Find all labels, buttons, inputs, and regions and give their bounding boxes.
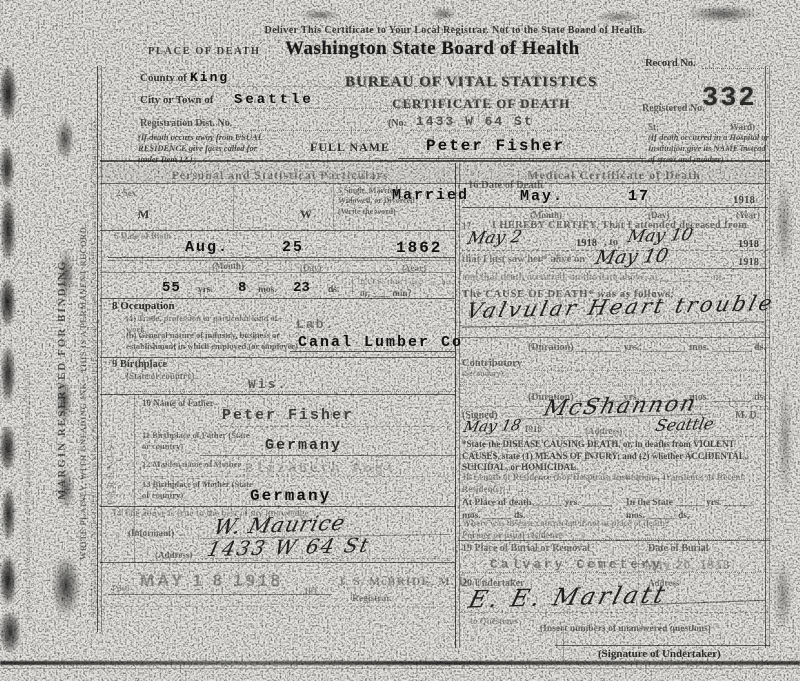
record-no-label: Record No. xyxy=(645,58,696,69)
ink-smudge xyxy=(1,346,15,402)
rule-line xyxy=(97,66,98,632)
birthplace-value: Wis. xyxy=(248,377,287,392)
county-label: County of xyxy=(140,72,187,84)
ink-smudge xyxy=(776,180,792,270)
length-of-residence-label: 18 Length of Residence (For Hospitals, I… xyxy=(462,472,762,495)
contributory-secondary-label: (Secondary) xyxy=(462,369,503,378)
attended-to-year: 1918 xyxy=(738,239,759,250)
signature-city: Seattle xyxy=(654,414,716,435)
rule-line xyxy=(108,260,455,261)
ink-smudge xyxy=(0,612,20,652)
last-saw-label: that I last saw her* alive on xyxy=(462,254,585,265)
ink-smudge xyxy=(596,12,642,22)
age-ds-label: ds. xyxy=(328,285,339,295)
registrar-name: J. S. McBRIDE, M. D. xyxy=(338,574,472,589)
color-race-value: W xyxy=(300,207,312,222)
full-name-value: Peter Fisher xyxy=(426,137,565,155)
sex-label: 2 Sex xyxy=(116,188,136,198)
burial-date-value: May 20, 1918 xyxy=(645,558,730,572)
dod-year-caption: (Year) xyxy=(736,210,760,220)
county-value: King xyxy=(190,70,229,85)
attended-from-date: May 2 xyxy=(466,227,524,249)
father-birthplace-value: Germany xyxy=(265,437,342,454)
margin-binding-note: MARGIN RESERVED FOR BINDING xyxy=(56,260,68,500)
undertaker-signature-caption: (Signature of Undertaker) xyxy=(598,648,721,660)
ink-smudge xyxy=(56,118,74,160)
dod-month-value: May. xyxy=(520,188,564,205)
scan-edge-band xyxy=(0,661,800,665)
unanswered-questions-note: (Insert numbers of unanswered questions) xyxy=(540,624,711,634)
scan-edge-line xyxy=(0,668,800,669)
father-name-label: 10 Name of Father xyxy=(142,398,214,410)
signature-year: 1918 xyxy=(524,424,542,434)
blank-line xyxy=(250,130,382,131)
rule-line xyxy=(233,185,234,230)
place-of-death-label: PLACE OF DEATH xyxy=(148,46,261,57)
rule-line xyxy=(460,436,768,437)
rule-line xyxy=(100,606,455,607)
informant-label: (Informant) xyxy=(128,528,174,538)
place-of-burial-label: 19 Place of Burial or Removal xyxy=(462,543,590,554)
dob-day-value: 25 xyxy=(282,239,304,256)
rule-line xyxy=(100,394,455,395)
blank-line xyxy=(702,68,768,69)
duration-line-primary: (Duration) _________ yrs. _________ mos.… xyxy=(528,342,766,353)
bureau-title: BUREAU OF VITAL STATISTICS xyxy=(345,74,597,91)
marital-status-value: Married xyxy=(392,187,469,204)
ink-smudge xyxy=(1,198,15,260)
contributory-label: Contributory xyxy=(462,358,522,369)
rule-line xyxy=(100,298,455,299)
father-name-value: Peter Fisher xyxy=(222,407,354,424)
rule-line xyxy=(108,594,332,595)
board-title: Washington State Board of Health xyxy=(285,38,580,60)
ink-smudge xyxy=(0,66,16,120)
rule-line xyxy=(200,455,455,456)
rule-line xyxy=(100,357,455,358)
margin-note-outer: Every item of information should be care… xyxy=(24,62,32,618)
father-birthplace-label: 11 Birthplace of Father (State or countr… xyxy=(142,430,254,452)
rule-line xyxy=(100,506,455,507)
rule-line xyxy=(100,183,770,184)
informant-address-label: (Address) xyxy=(155,550,192,560)
mother-maiden-name-label: 12 Maiden name of Mother xyxy=(142,459,242,470)
blank-line xyxy=(135,476,455,477)
deliver-notice: Deliver This Certificate to Your Local R… xyxy=(215,25,695,36)
rule-line xyxy=(101,66,102,632)
ink-smudge xyxy=(0,556,16,604)
blank-line xyxy=(130,391,455,392)
sex-value: M xyxy=(138,207,149,222)
answers-to-questions-label: to Questions xyxy=(470,616,518,626)
dob-month-value: Aug. xyxy=(185,239,229,256)
full-name-label: FULL NAME xyxy=(310,140,390,155)
house-no-label: (No. xyxy=(388,118,406,129)
blank-line xyxy=(462,572,768,573)
blank-line xyxy=(555,645,770,646)
parents-gutter-label: PARENTS xyxy=(106,443,116,505)
registered-no-label: Registered No. xyxy=(642,103,705,114)
filed-label: Filed xyxy=(112,584,129,593)
margin-permanent-record-note: WRITE PLAINLY, WITH UNFADING INK—THIS IS… xyxy=(78,224,88,560)
blank-line xyxy=(398,158,646,159)
death-certificate-scan: Every item of information should be care… xyxy=(0,0,800,681)
age-days-value: 23 xyxy=(293,280,310,296)
attended-to-date: May 10 xyxy=(626,225,695,247)
rule-line xyxy=(100,160,770,162)
cause-footnote: *State the DISEASE CAUSING DEATH, or, in… xyxy=(462,439,764,474)
last-saw-year: 1918 xyxy=(738,257,759,268)
ink-smudge xyxy=(0,426,15,470)
ink-smudge xyxy=(2,488,15,540)
rule-line xyxy=(100,272,455,273)
rule-line xyxy=(108,257,455,258)
age-or-min-note: or, ____ min? xyxy=(360,288,412,298)
mother-birthplace-label: 13 Birthplace of Mother (State or countr… xyxy=(142,479,254,501)
date-of-burial-label: Date of Burial xyxy=(648,543,709,554)
blank-line xyxy=(215,426,450,427)
occupation-label: 8 Occupation xyxy=(112,300,175,312)
rule-line xyxy=(458,337,770,338)
former-residence-label: Former or usual residence xyxy=(462,530,563,540)
birthplace-label: 9 Birthplace xyxy=(112,359,167,370)
age-mos-label: mos. xyxy=(258,285,277,295)
ward-label: Ward) xyxy=(730,122,755,132)
age-years-value: 55 xyxy=(162,280,181,296)
personal-section-title: Personal and Statistical Particulars xyxy=(110,168,450,183)
ink-smudge xyxy=(0,278,15,326)
burial-place-value: Calvary Cemetery xyxy=(490,557,663,572)
ink-smudge xyxy=(0,146,14,190)
certificate-title: CERTIFICATE OF DEATH xyxy=(392,96,570,112)
last-saw-date: May 10 xyxy=(593,245,670,269)
dob-year-value: 1862 xyxy=(396,239,442,257)
ink-smudge xyxy=(774,560,792,630)
rule-line xyxy=(462,207,768,208)
attended-from-year: 1918 xyxy=(576,238,597,249)
ink-smudge xyxy=(688,6,758,22)
registrar-label: Registrar. xyxy=(352,594,392,604)
city-value: Seattle xyxy=(234,92,314,108)
signature-date: May 18 xyxy=(462,416,523,436)
dod-day-caption: (Day) xyxy=(648,210,670,220)
ink-smudge xyxy=(300,10,340,20)
undertaker-signature: E. E. Marlatt xyxy=(466,580,671,613)
age-months-value: 8 xyxy=(238,280,246,296)
rule-line xyxy=(290,351,455,352)
rule-line xyxy=(100,562,455,563)
mother-maiden-name-value: Elizabeth Fogl xyxy=(245,461,396,476)
dob-label: 6 Date of Birth xyxy=(114,231,171,241)
age-yrs-label: yrs. xyxy=(198,285,213,295)
city-label: City or Town of xyxy=(140,94,213,106)
blank-line xyxy=(462,321,764,327)
birthplace-state-caption: (State or country) xyxy=(126,371,194,381)
informant-address-handwritten: 1433 W 64 St xyxy=(205,533,373,561)
dod-day-value: 17 xyxy=(628,188,650,205)
blank-line xyxy=(550,268,768,269)
filed-date-stamp: MAY 1 8 1918 xyxy=(140,571,283,591)
blank-line xyxy=(200,558,450,559)
rule-line xyxy=(458,540,770,541)
rule-line xyxy=(333,185,334,230)
registration-dist-label: Registration Dist. No. xyxy=(140,118,232,129)
blank-line xyxy=(534,370,764,371)
ink-smudge xyxy=(778,380,792,500)
rule-line xyxy=(352,278,353,294)
death-occurred-line: and that death occurred, on the date abo… xyxy=(462,272,724,283)
occupation-b-value: Canal Lumber Co xyxy=(298,334,463,351)
dob-month-caption: (Month) xyxy=(212,261,244,271)
age-less-day-note: If LESS than 1 day, ____ hrs. xyxy=(360,277,454,286)
occupation-b-label: (b) General nature of industry, business… xyxy=(126,330,318,352)
physician-md-label: M. D. xyxy=(735,410,759,421)
registered-no-value: 332 xyxy=(702,84,757,114)
dod-month-caption: (Month) xyxy=(530,210,562,220)
street-address-value: 1433 W 64 St xyxy=(416,114,534,129)
rule-line xyxy=(460,384,765,385)
blank-line xyxy=(410,130,630,131)
dod-year-value: 1918 xyxy=(733,194,755,206)
signature-address-label: (Address) xyxy=(585,426,622,436)
certify-statement: I HEREBY CERTIFY, That I attended deceas… xyxy=(492,220,747,231)
disease-contracted-line: Where was disease contracted if not at p… xyxy=(462,518,670,528)
mother-birthplace-value: Germany xyxy=(250,487,331,505)
rule-line xyxy=(460,612,768,613)
ink-smudge xyxy=(430,8,456,20)
street-suffix-label: St; xyxy=(648,122,659,132)
ink-smudge xyxy=(52,556,80,616)
